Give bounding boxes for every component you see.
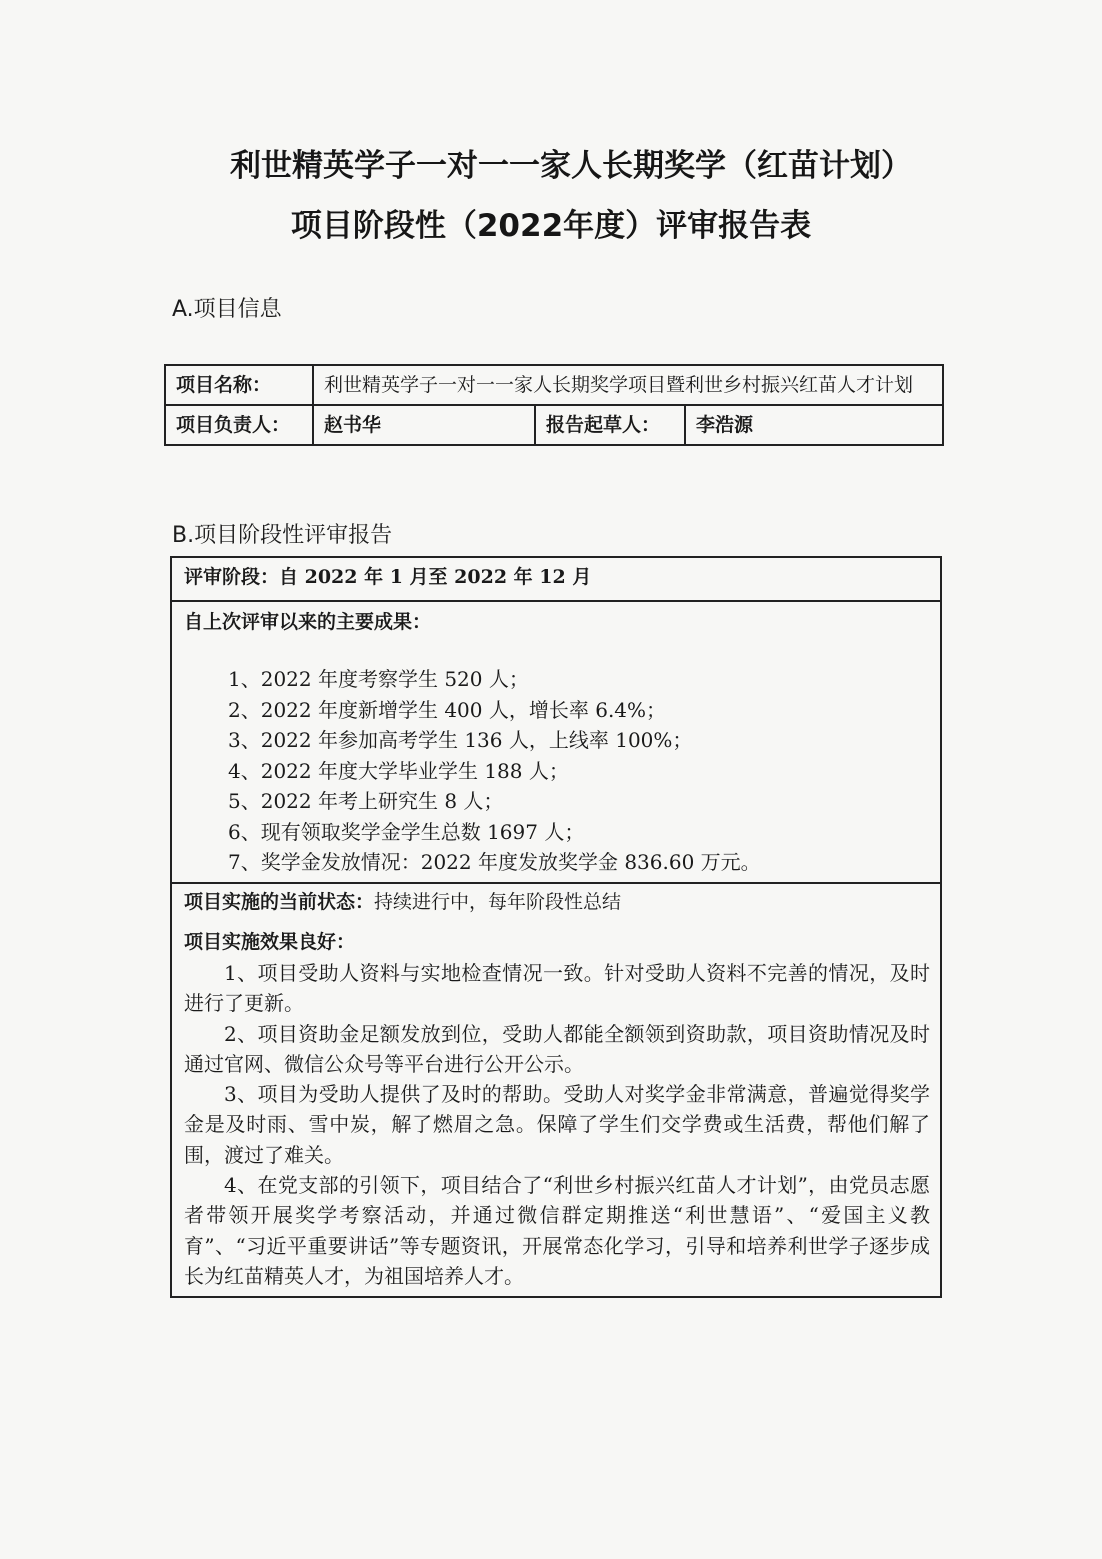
status-label: 项目实施的当前状态： bbox=[184, 891, 374, 913]
leader-label: 项目负责人： bbox=[165, 405, 313, 445]
status-line: 项目实施的当前状态：持续进行中，每年阶段性总结 bbox=[184, 888, 621, 916]
list-item: 4、2022 年度大学毕业学生 188 人； bbox=[228, 756, 761, 787]
status-row: 项目实施的当前状态：持续进行中，每年阶段性总结 项目实施效果良好： 1、项目受助… bbox=[172, 884, 940, 1296]
list-item: 1、项目受助人资料与实地检查情况一致。针对受助人资料不完善的情况，及时进行了更新… bbox=[184, 958, 930, 1019]
list-item: 3、2022 年参加高考学生 136 人，上线率 100%； bbox=[228, 725, 761, 756]
achievements-list: 1、2022 年度考察学生 520 人； 2、2022 年度新增学生 400 人… bbox=[228, 664, 761, 878]
list-item: 7、奖学金发放情况：2022 年度发放奖学金 836.60 万元。 bbox=[228, 847, 761, 878]
section-a-heading: A.项目信息 bbox=[172, 292, 282, 323]
status-value: 持续进行中，每年阶段性总结 bbox=[374, 891, 621, 913]
review-period-row: 评审阶段：自 2022 年 1 月至 2022 年 12 月 bbox=[172, 558, 940, 602]
list-item: 1、2022 年度考察学生 520 人； bbox=[228, 664, 761, 695]
review-period: 评审阶段：自 2022 年 1 月至 2022 年 12 月 bbox=[184, 563, 591, 591]
project-info-table: 项目名称： 利世精英学子一对一一家人长期奖学项目暨利世乡村振兴红苗人才计划 项目… bbox=[164, 364, 944, 446]
drafter-label: 报告起草人： bbox=[535, 405, 685, 445]
list-item: 4、在党支部的引领下，项目结合了“利世乡村振兴红苗人才计划”，由党员志愿者带领开… bbox=[184, 1170, 930, 1291]
document-title-line1: 利世精英学子一对一一家人长期奖学（红苗计划） bbox=[20, 140, 1102, 185]
effects-list: 1、项目受助人资料与实地检查情况一致。针对受助人资料不完善的情况，及时进行了更新… bbox=[184, 958, 930, 1291]
drafter-value: 李浩源 bbox=[685, 405, 943, 445]
document-title-line2: 项目阶段性（2022年度）评审报告表 bbox=[0, 200, 1102, 245]
list-item: 6、现有领取奖学金学生总数 1697 人； bbox=[228, 817, 761, 848]
list-item: 3、项目为受助人提供了及时的帮助。受助人对奖学金非常满意，普遍觉得奖学金是及时雨… bbox=[184, 1079, 930, 1170]
achievements-heading: 自上次评审以来的主要成果： bbox=[184, 608, 431, 636]
list-item: 2、2022 年度新增学生 400 人，增长率 6.4%； bbox=[228, 695, 761, 726]
achievements-row: 自上次评审以来的主要成果： 1、2022 年度考察学生 520 人； 2、202… bbox=[172, 602, 940, 884]
section-b-heading: B.项目阶段性评审报告 bbox=[172, 518, 392, 549]
list-item: 5、2022 年考上研究生 8 人； bbox=[228, 786, 761, 817]
table-row: 项目负责人： 赵书华 报告起草人： 李浩源 bbox=[165, 405, 943, 445]
table-row: 项目名称： 利世精英学子一对一一家人长期奖学项目暨利世乡村振兴红苗人才计划 bbox=[165, 365, 943, 405]
review-report-box: 评审阶段：自 2022 年 1 月至 2022 年 12 月 自上次评审以来的主… bbox=[170, 556, 942, 1298]
project-name-label: 项目名称： bbox=[165, 365, 313, 405]
list-item: 2、项目资助金足额发放到位，受助人都能全额领到资助款，项目资助情况及时通过官网、… bbox=[184, 1019, 930, 1080]
project-name-value: 利世精英学子一对一一家人长期奖学项目暨利世乡村振兴红苗人才计划 bbox=[313, 365, 943, 405]
leader-value: 赵书华 bbox=[313, 405, 535, 445]
effect-heading: 项目实施效果良好： bbox=[184, 928, 355, 956]
